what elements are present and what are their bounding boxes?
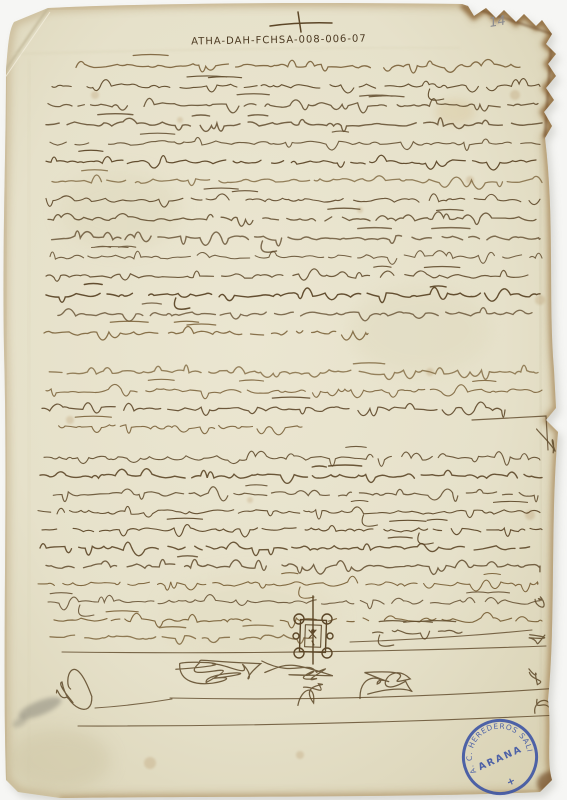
foxing-spot: [91, 91, 99, 99]
foxing-spot: [510, 90, 520, 100]
foxing-spot: [296, 751, 304, 759]
foxing-spot: [66, 416, 74, 424]
manuscript-scan: ATHA-DAH-FCHSA-008-006-07 14 A. C. HERED…: [0, 0, 567, 800]
paper-sheet: [3, 3, 558, 798]
foxing-spot: [535, 295, 545, 305]
manuscript-page: ATHA-DAH-FCHSA-008-006-07 14 A. C. HERED…: [0, 0, 567, 800]
foxing-spot: [177, 117, 183, 123]
foxing-spot: [144, 757, 156, 769]
foxing-spot: [247, 497, 253, 503]
foxing-spot: [357, 207, 363, 213]
page-number: 14: [488, 13, 507, 31]
